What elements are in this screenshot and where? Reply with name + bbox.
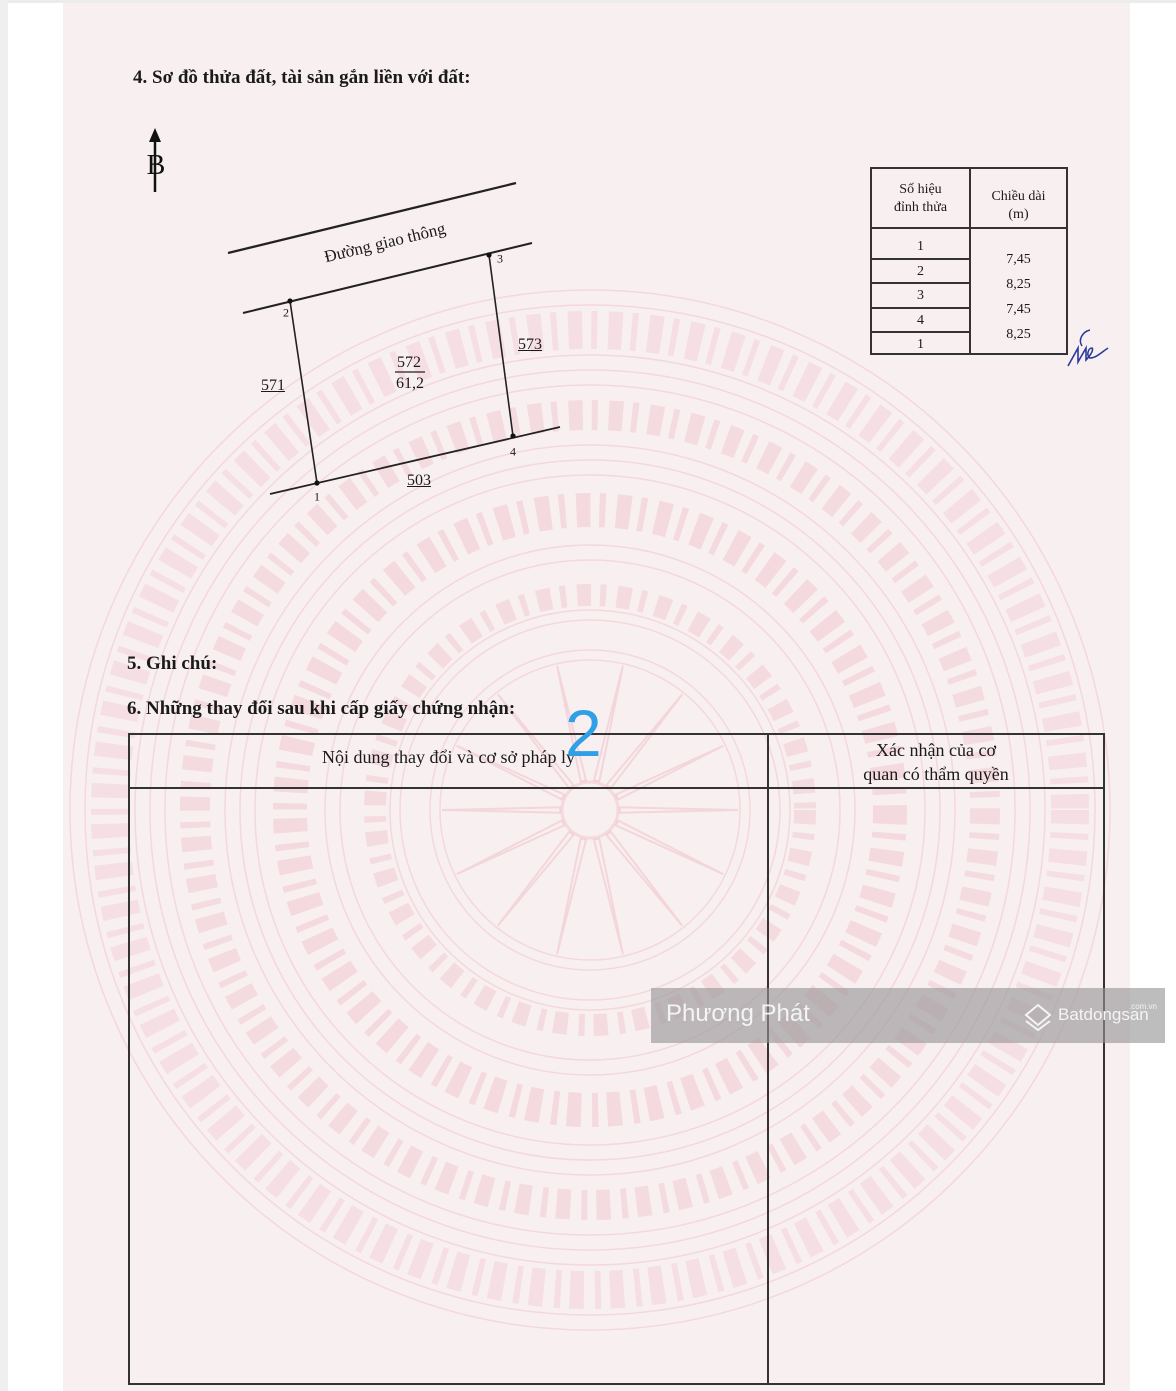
authority-header-line2: quan có thẩm quyền [769,762,1103,786]
watermark-domain: .com.vn [1129,1002,1157,1011]
vertex-label-3: 3 [497,252,503,267]
vertex-row-divider [872,307,969,309]
changes-table-header-divider [130,787,1103,789]
vertex-cell: 1 [872,336,969,354]
vertex-header: Số hiệu đỉnh thửa [872,181,969,217]
vertex-cell: 4 [872,312,969,330]
section-6-title: 6. Những thay đổi sau khi cấp giấy chứng… [127,698,515,720]
vertex-2-marker [287,298,292,303]
length-cell: 7,45 [971,251,1066,269]
section-5-title: 5. Ghi chú: [127,653,217,675]
column-header-change-content: Nội dung thay đổi và cơ sở pháp lý [130,745,767,769]
length-cell: 7,45 [971,301,1066,319]
watermark-band: Phương Phát Batdongsan .com.vn [651,988,1165,1043]
vertex-header-line2: đỉnh thửa [872,199,969,217]
length-header-line2: (m) [971,206,1066,224]
vertex-header-line1: Số hiệu [872,181,969,199]
vertex-4-marker [510,433,515,438]
vertex-cell: 3 [872,287,969,305]
vertex-cell: 1 [872,238,969,256]
vertex-length-table: Số hiệu đỉnh thửa Chiều dài (m) 1 2 3 4 … [870,167,1068,355]
column-header-authority-confirmation: Xác nhận của cơ quan có thẩm quyền [769,738,1103,786]
length-header-line1: Chiều dài [971,188,1066,206]
authority-header-line1: Xác nhận của cơ [769,738,1103,762]
neighbor-parcel-571: 571 [261,377,285,395]
vertex-row-divider [872,258,969,260]
vertex-row-divider [872,282,969,284]
changes-table-column-divider [767,735,769,1383]
length-cell: 8,25 [971,276,1066,294]
parcel-number: 572 [397,354,421,372]
vertex-label-4: 4 [510,445,516,460]
length-cell: 8,25 [971,326,1066,344]
neighbor-parcel-573: 573 [518,336,542,354]
batdongsan-logo-icon [1023,1002,1053,1032]
vertex-label-2: 2 [283,306,289,321]
neighbor-parcel-503: 503 [407,472,431,490]
changes-table: Nội dung thay đổi và cơ sở pháp lý Xác n… [128,733,1105,1385]
vertex-table-header-divider [872,227,1066,229]
watermark-agent-name: Phương Phát [666,1000,810,1028]
signature-initials [1064,326,1110,370]
vertex-1-marker [314,480,319,485]
vertex-3-marker [486,252,491,257]
page-number-overlay: 2 [565,700,602,766]
vertex-label-1: 1 [314,490,320,505]
vertex-row-divider [872,331,969,333]
parcel-edge-left [290,301,317,483]
parcel-area: 61,2 [396,375,424,393]
length-header: Chiều dài (m) [971,188,1066,224]
vertex-cell: 2 [872,263,969,281]
parcel-edge-right [489,255,513,436]
